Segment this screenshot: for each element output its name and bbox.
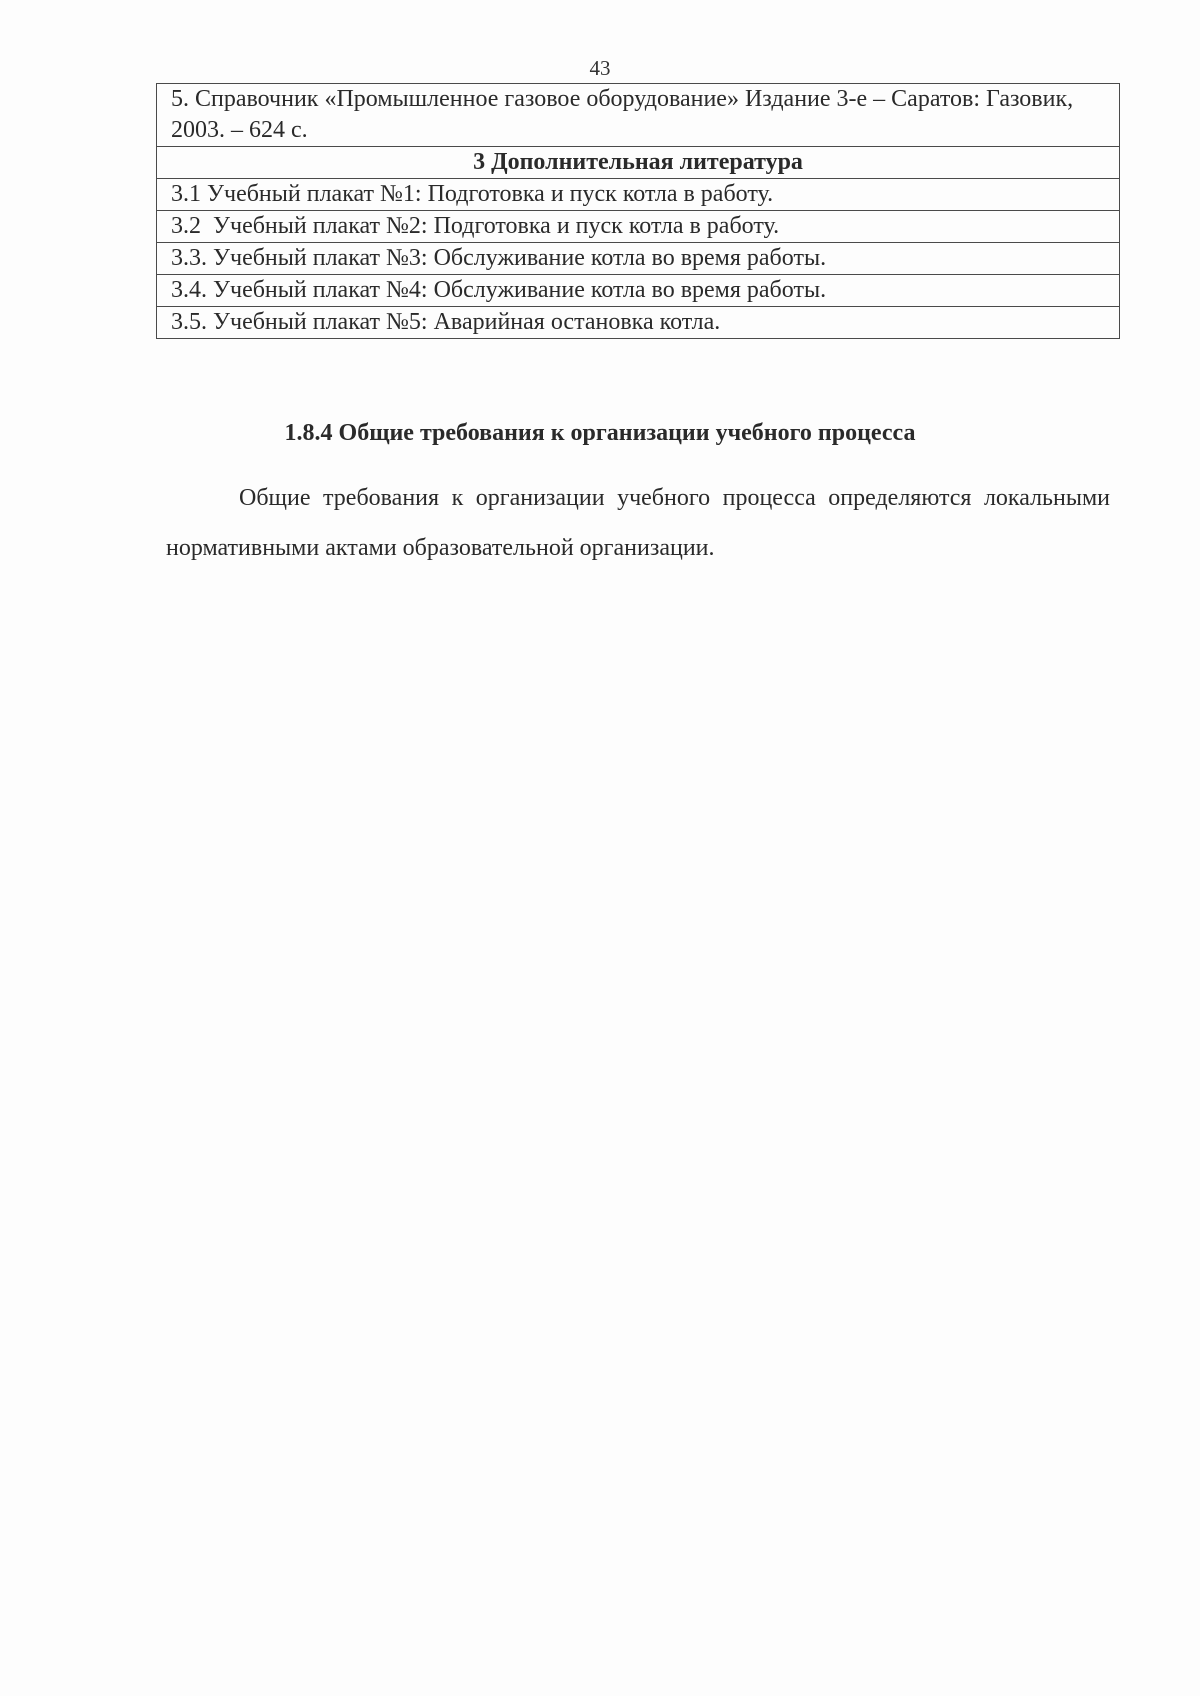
table-cell: 3.4. Учебный плакат №4: Обслуживание кот…	[157, 275, 1120, 307]
section-header-cell: 3 Дополнительная литература	[157, 147, 1120, 179]
table-cell: 5. Справочник «Промышленное газовое обор…	[157, 84, 1120, 147]
table-row: 3.1 Учебный плакат №1: Подготовка и пуск…	[157, 179, 1120, 211]
table-cell: 3.5. Учебный плакат №5: Аварийная остано…	[157, 307, 1120, 339]
section-paragraph: Общие требования к организации учебного …	[166, 473, 1110, 573]
table-cell: 3.2 Учебный плакат №2: Подготовка и пуск…	[157, 211, 1120, 243]
table-row: 5. Справочник «Промышленное газовое обор…	[157, 84, 1120, 147]
table-cell: 3.3. Учебный плакат №3: Обслуживание кот…	[157, 243, 1120, 275]
literature-table: 5. Справочник «Промышленное газовое обор…	[156, 83, 1120, 339]
table-row: 3.4. Учебный плакат №4: Обслуживание кот…	[157, 275, 1120, 307]
table-row: 3.2 Учебный плакат №2: Подготовка и пуск…	[157, 211, 1120, 243]
section-heading: 1.8.4 Общие требования к организации уче…	[0, 420, 1200, 447]
table-row: 3.5. Учебный плакат №5: Аварийная остано…	[157, 307, 1120, 339]
table-cell: 3.1 Учебный плакат №1: Подготовка и пуск…	[157, 179, 1120, 211]
page-number: 43	[0, 56, 1200, 81]
table-row: 3.3. Учебный плакат №3: Обслуживание кот…	[157, 243, 1120, 275]
table-row: 3 Дополнительная литература	[157, 147, 1120, 179]
